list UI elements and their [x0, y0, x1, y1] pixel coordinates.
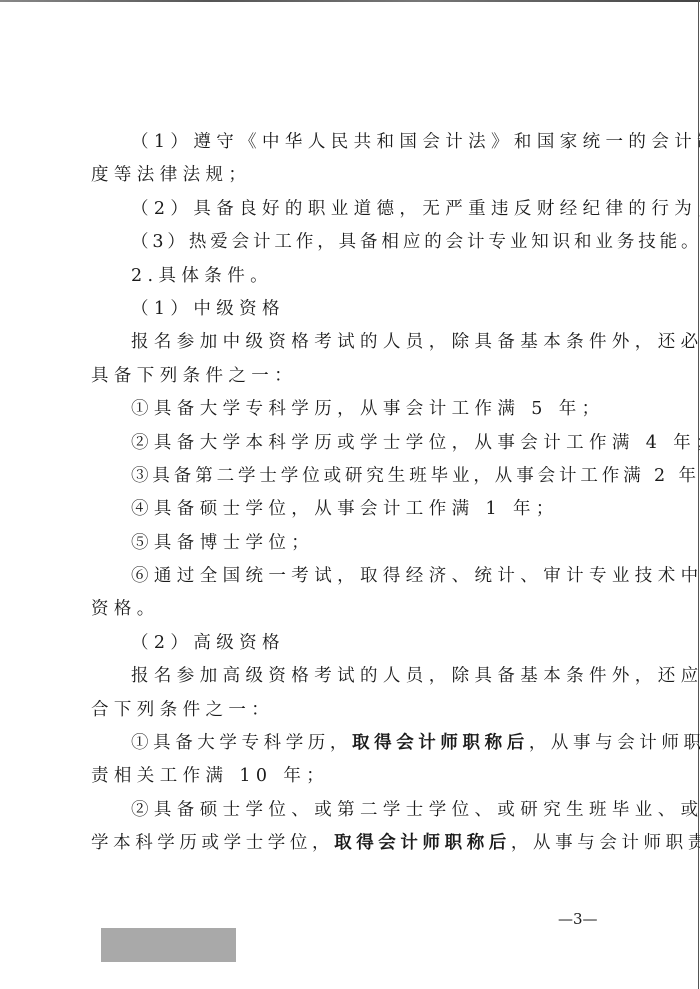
senior-condition-2-text-b: ，从事与会计师职责: [511, 833, 700, 853]
intermediate-condition-6-line-1: ⑥通过全国统一考试，取得经济、统计、审计专业技术中级: [91, 560, 611, 593]
senior-condition-2-text-a: 学本科学历或学士学位，: [91, 833, 334, 853]
basic-condition-3: （3）热爱会计工作，具备相应的会计专业知识和业务技能。: [91, 226, 611, 259]
basic-condition-1-line-2: 度等法律法规；: [91, 159, 611, 192]
senior-condition-1-emphasis: 取得会计师职称后: [352, 733, 529, 753]
senior-condition-1-text-a: ①具备大学专科学历，: [131, 733, 352, 753]
heading-intermediate: （1）中级资格: [91, 293, 611, 326]
intermediate-condition-5: ⑤具备博士学位；: [91, 527, 611, 560]
heading-senior: （2）高级资格: [91, 627, 611, 660]
scan-edge-top: [0, 0, 700, 2]
intermediate-condition-2: ②具备大学本科学历或学士学位，从事会计工作满 4 年；: [91, 427, 611, 460]
senior-condition-1-text-b: ，从事与会计师职: [529, 733, 700, 753]
basic-condition-2: （2）具备良好的职业道德，无严重违反财经纪律的行为；: [91, 193, 611, 226]
senior-condition-2-emphasis: 取得会计师职称后: [334, 833, 511, 853]
intermediate-intro-line-2: 具备下列条件之一：: [91, 360, 611, 393]
heading-specific-conditions: 2.具体条件。: [91, 260, 611, 293]
intermediate-condition-6-line-2: 资格。: [91, 593, 611, 626]
senior-condition-2-line-2: 学本科学历或学士学位，取得会计师职称后，从事与会计师职责: [91, 827, 611, 860]
basic-condition-1-line-1: （1）遵守《中华人民共和国会计法》和国家统一的会计制: [91, 126, 611, 159]
intermediate-condition-3: ③具备第二学士学位或研究生班毕业，从事会计工作满 2 年；: [91, 460, 611, 493]
intermediate-intro-line-1: 报名参加中级资格考试的人员，除具备基本条件外，还必须: [91, 326, 611, 359]
senior-condition-1-line-2: 责相关工作满 10 年；: [91, 760, 611, 793]
intermediate-condition-4: ④具备硕士学位，从事会计工作满 1 年；: [91, 493, 611, 526]
page-number: —3—: [558, 910, 598, 928]
document-body: （1）遵守《中华人民共和国会计法》和国家统一的会计制 度等法律法规； （2）具备…: [91, 126, 611, 861]
senior-intro-line-2: 合下列条件之一：: [91, 694, 611, 727]
intermediate-condition-1: ①具备大学专科学历，从事会计工作满 5 年；: [91, 393, 611, 426]
senior-condition-2-line-1: ②具备硕士学位、或第二学士学位、或研究生班毕业、或大: [91, 794, 611, 827]
senior-intro-line-1: 报名参加高级资格考试的人员，除具备基本条件外，还应符: [91, 660, 611, 693]
senior-condition-1-line-1: ①具备大学专科学历，取得会计师职称后，从事与会计师职: [91, 727, 611, 760]
redaction-block: [101, 928, 236, 962]
